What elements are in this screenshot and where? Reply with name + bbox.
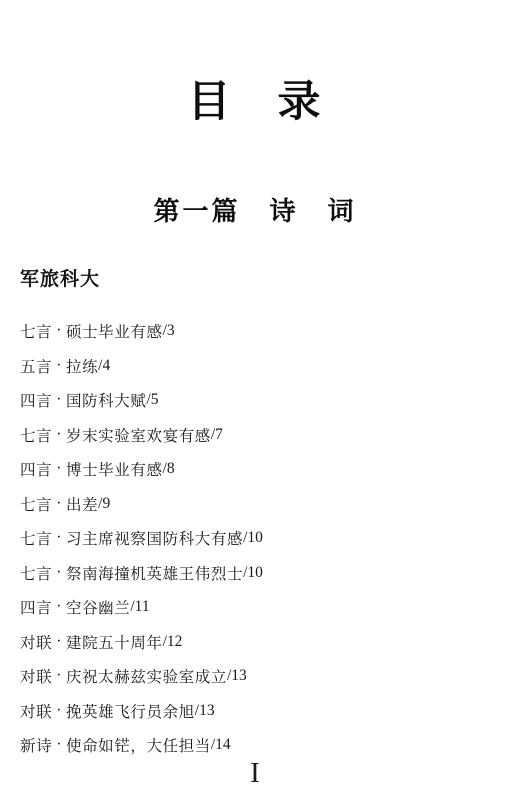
middle-dot: · — [56, 391, 62, 409]
entry-page: /12 — [163, 633, 183, 651]
entry-page: /13 — [195, 702, 215, 720]
entry-category: 五言 — [20, 355, 52, 377]
entry-category: 七言 — [20, 562, 52, 584]
middle-dot: · — [56, 322, 62, 340]
entry-page: /7 — [211, 426, 223, 444]
entry-page: /11 — [130, 598, 149, 616]
entry-category: 对联 — [20, 665, 52, 687]
toc-item: 七言·习主席视察国防科大有感/10 — [20, 521, 495, 556]
entry-title: 岁末实验室欢宴有感 — [66, 424, 211, 446]
entry-category: 四言 — [20, 596, 52, 618]
entry-page: /4 — [98, 357, 110, 375]
page-number: I — [0, 757, 510, 790]
entry-page: /9 — [98, 495, 110, 513]
entry-category: 七言 — [20, 527, 52, 549]
entry-title: 祭南海撞机英雄王伟烈士 — [66, 562, 243, 584]
entry-title: 硕士毕业有感 — [66, 320, 163, 342]
entry-category: 对联 — [20, 631, 52, 653]
middle-dot: · — [56, 598, 62, 616]
toc-item: 七言·硕士毕业有感/3 — [20, 314, 495, 349]
entry-title: 使命如铓，大任担当 — [66, 734, 211, 756]
toc-item: 对联·挽英雄飞行员余旭/13 — [20, 694, 495, 729]
entry-category: 新诗 — [20, 734, 52, 756]
toc-item: 七言·出差/9 — [20, 487, 495, 522]
toc-item: 七言·岁末实验室欢宴有感/7 — [20, 418, 495, 453]
entry-page: /10 — [243, 529, 263, 547]
toc-item: 四言·国防科大赋/5 — [20, 383, 495, 418]
entry-category: 七言 — [20, 493, 52, 515]
toc-item: 四言·博士毕业有感/8 — [20, 452, 495, 487]
entry-title: 出差 — [66, 493, 98, 515]
middle-dot: · — [56, 495, 62, 513]
entry-category: 四言 — [20, 389, 52, 411]
middle-dot: · — [56, 426, 62, 444]
entry-page: /3 — [163, 322, 175, 340]
toc-item: 四言·空谷幽兰/11 — [20, 590, 495, 625]
middle-dot: · — [56, 357, 62, 375]
middle-dot: · — [56, 736, 62, 754]
entry-title: 博士毕业有感 — [66, 458, 163, 480]
middle-dot: · — [56, 564, 62, 582]
toc-item: 五言·拉练/4 — [20, 349, 495, 384]
entry-title: 空谷幽兰 — [66, 596, 130, 618]
middle-dot: · — [56, 667, 62, 685]
entry-category: 七言 — [20, 320, 52, 342]
part-heading: 第一篇 诗 词 — [0, 191, 510, 228]
middle-dot: · — [56, 529, 62, 547]
toc-list: 七言·硕士毕业有感/3五言·拉练/4四言·国防科大赋/5七言·岁末实验室欢宴有感… — [20, 314, 495, 763]
toc-item: 七言·祭南海撞机英雄王伟烈士/10 — [20, 556, 495, 591]
toc-item: 对联·庆祝太赫兹实验室成立/13 — [20, 659, 495, 694]
entry-page: /13 — [227, 667, 247, 685]
toc-item: 对联·建院五十周年/12 — [20, 625, 495, 660]
section-heading: 军旅科大 — [20, 264, 100, 291]
middle-dot: · — [56, 460, 62, 478]
middle-dot: · — [56, 702, 62, 720]
middle-dot: · — [56, 633, 62, 651]
entry-title: 拉练 — [66, 355, 98, 377]
entry-page: /10 — [243, 564, 263, 582]
page-title: 目 录 — [0, 68, 510, 129]
entry-category: 四言 — [20, 458, 52, 480]
entry-page: /5 — [146, 391, 158, 409]
entry-category: 对联 — [20, 700, 52, 722]
entry-category: 七言 — [20, 424, 52, 446]
entry-title: 习主席视察国防科大有感 — [66, 527, 243, 549]
entry-title: 建院五十周年 — [66, 631, 163, 653]
entry-title: 挽英雄飞行员余旭 — [66, 700, 195, 722]
entry-page: /14 — [211, 736, 231, 754]
entry-title: 国防科大赋 — [66, 389, 147, 411]
entry-page: /8 — [163, 460, 175, 478]
book-toc-page: 目 录 第一篇 诗 词 军旅科大 七言·硕士毕业有感/3五言·拉练/4四言·国防… — [0, 0, 510, 800]
entry-title: 庆祝太赫兹实验室成立 — [66, 665, 227, 687]
